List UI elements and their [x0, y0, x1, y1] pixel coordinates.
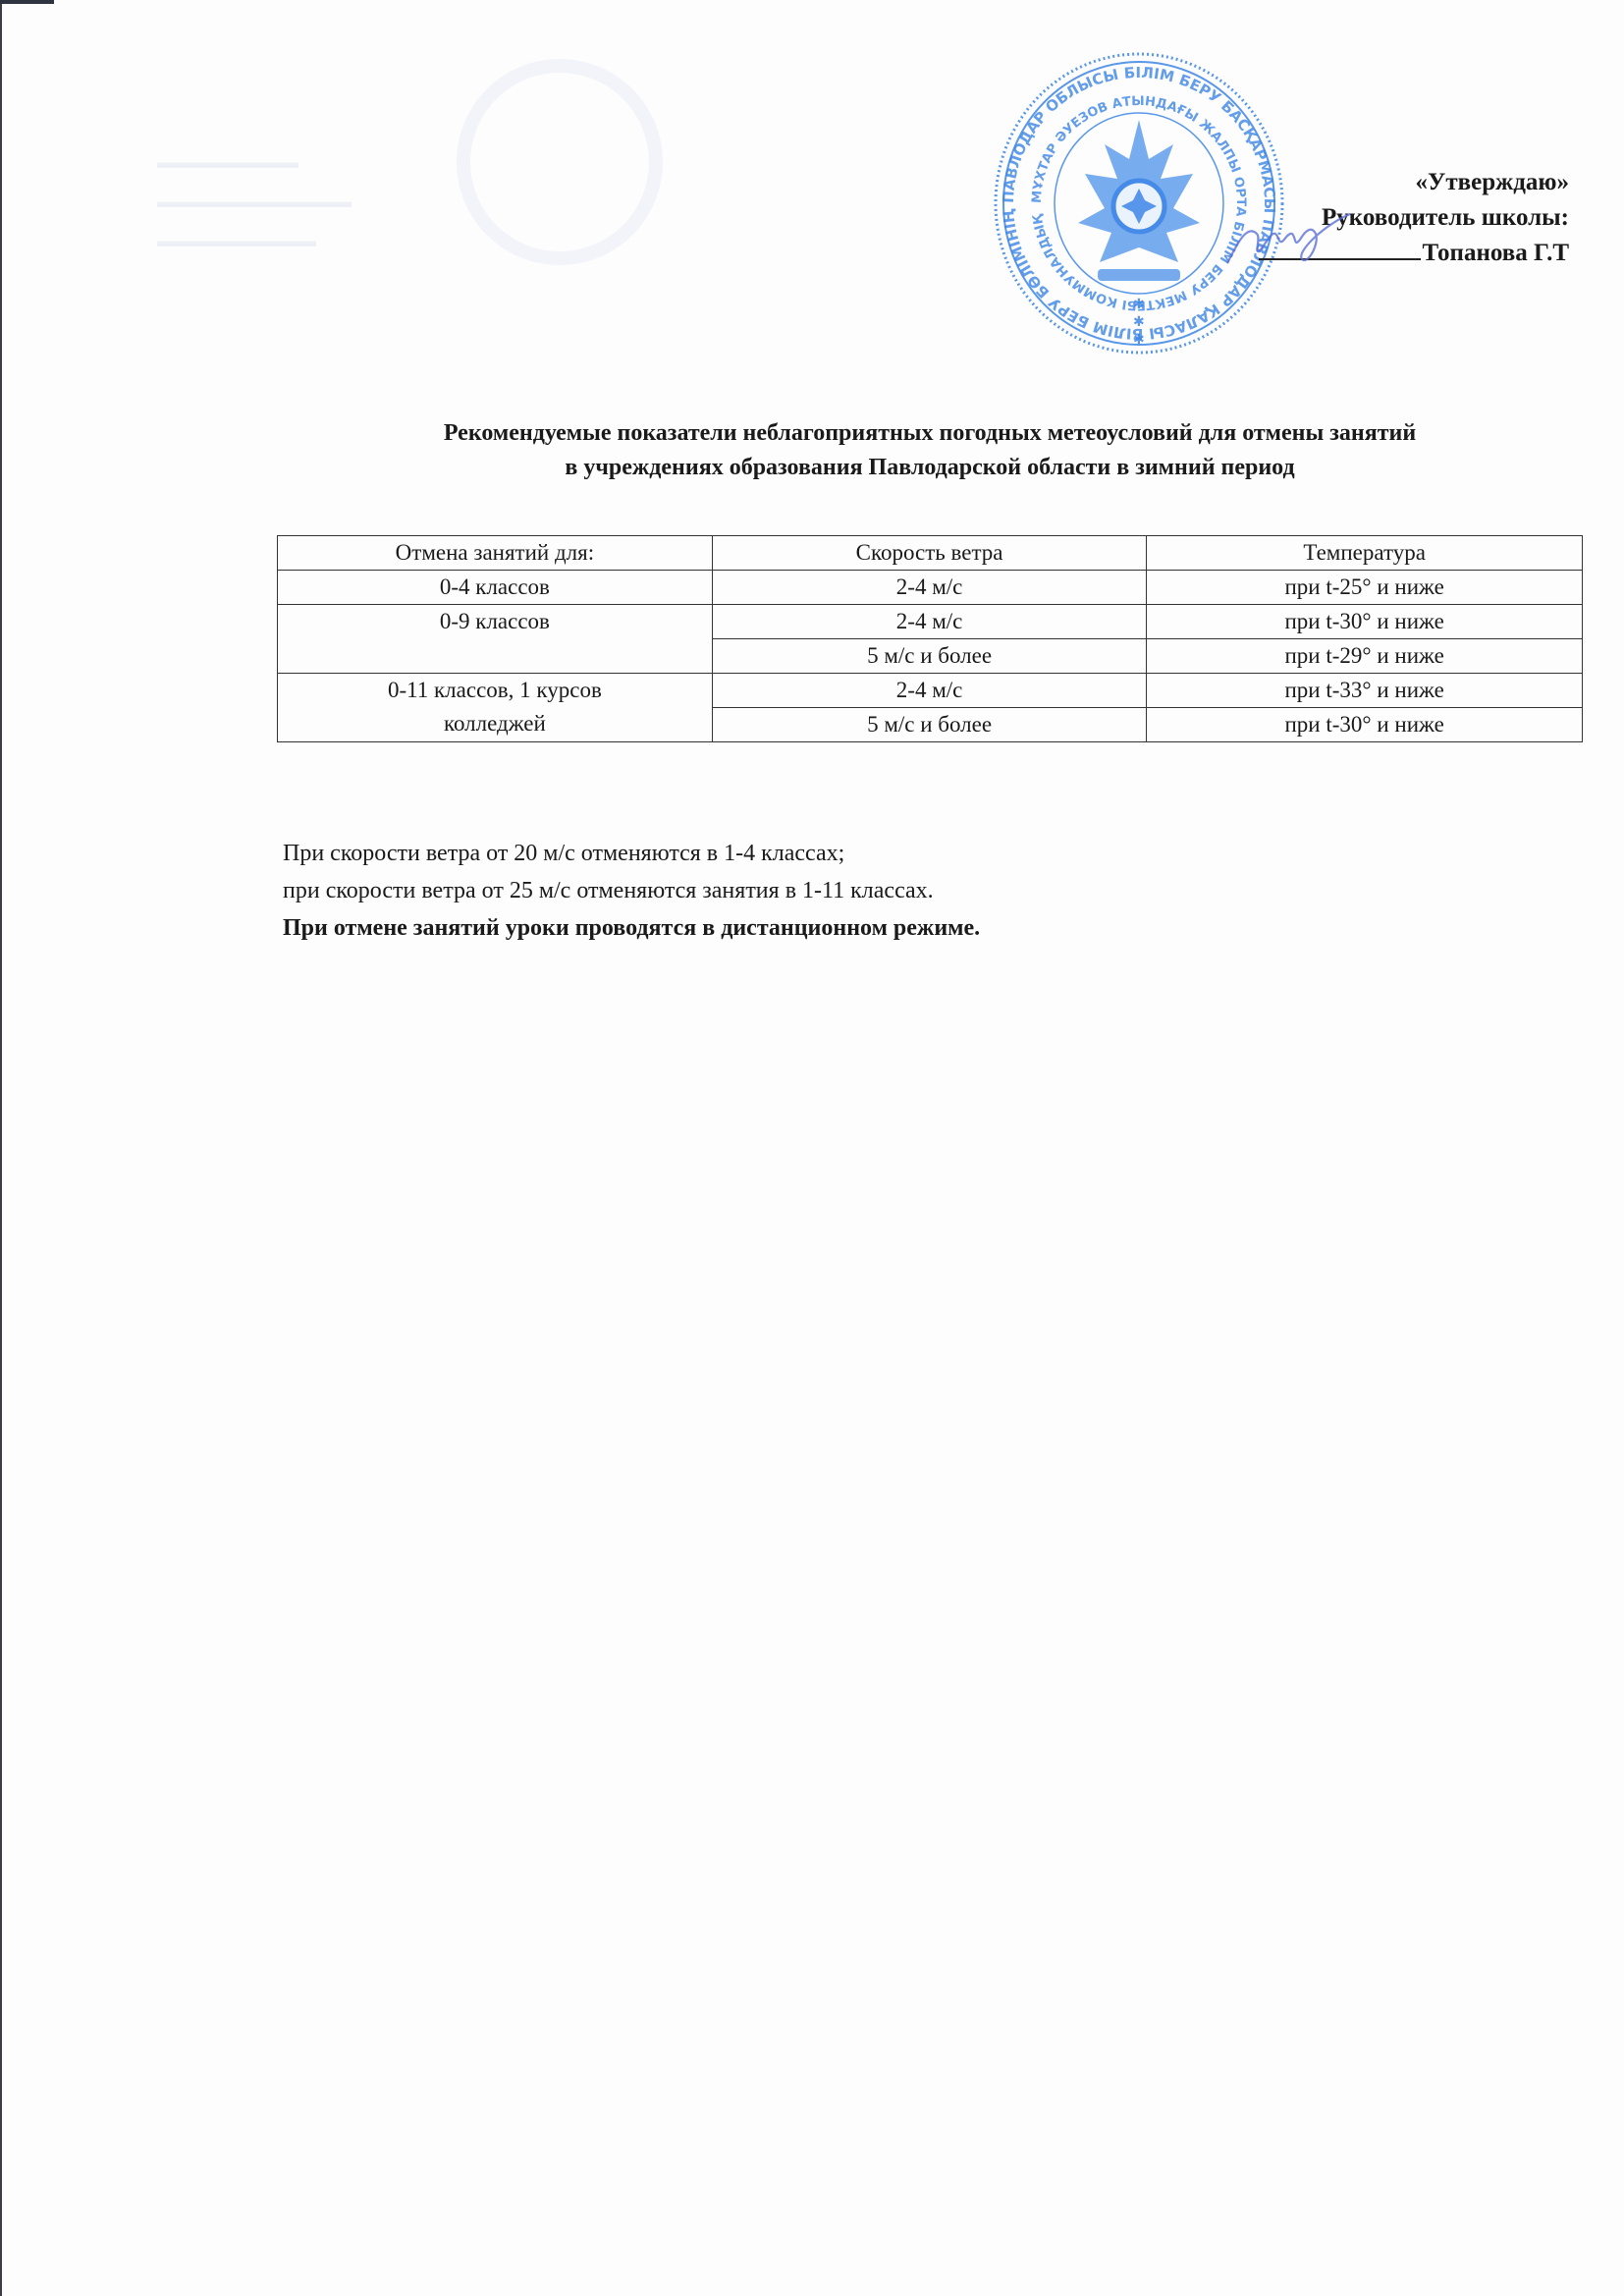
notes-section: При скорости ветра от 20 м/с отменяются … [283, 835, 980, 947]
column-header: Скорость ветра [712, 536, 1147, 571]
wind-cell: 2-4 м/с [712, 674, 1147, 708]
table-row: 0-11 классов, 1 курсов колледжей 2-4 м/с… [278, 674, 1583, 708]
wind-cell: 2-4 м/с [712, 571, 1147, 605]
scan-edge [0, 0, 2, 2296]
bleed-through-text: ▬▬▬▬▬▬▬▬▬▬▬▬▬▬▬▬▬▬▬▬▬▬▬▬▬▬▬▬ [157, 142, 352, 260]
approval-label: «Утверждаю» [1259, 165, 1570, 200]
svg-text:✱: ✱ [1133, 315, 1145, 330]
signatory-name: Топанова Г.Т [1423, 240, 1570, 266]
temperature-cell: при t-29° и ниже [1147, 639, 1583, 674]
temperature-cell: при t-25° и ниже [1147, 571, 1583, 605]
svg-text:✱: ✱ [1133, 298, 1145, 312]
grade-group-cell: 0-11 классов, 1 курсов колледжей [278, 674, 713, 742]
official-stamp-icon: ПАВЛОДАР ОБЛЫСЫ БІЛІМ БЕРУ БАСҚАРМАСЫ ПА… [992, 51, 1286, 355]
wind-cell: 2-4 м/с [712, 605, 1147, 639]
temperature-cell: при t-30° и ниже [1147, 708, 1583, 742]
table-row: 0-4 классов 2-4 м/с при t-25° и ниже [278, 571, 1583, 605]
title-line-1: Рекомендуемые показатели неблагоприятных… [277, 416, 1583, 451]
weather-cancellation-table: Отмена занятий для: Скорость ветра Темпе… [277, 535, 1583, 742]
wind-cell: 5 м/с и более [712, 639, 1147, 674]
document-title: Рекомендуемые показатели неблагоприятных… [277, 416, 1583, 485]
note-line: при скорости ветра от 25 м/с отменяются … [283, 872, 980, 909]
svg-text:✱: ✱ [1133, 333, 1145, 348]
title-line-2: в учреждениях образования Павлодарской о… [277, 451, 1583, 485]
grade-group-cell: 0-9 классов [278, 605, 713, 674]
note-line: При скорости ветра от 20 м/с отменяются … [283, 835, 980, 872]
wind-cell: 5 м/с и более [712, 708, 1147, 742]
bleed-through-seal [457, 59, 663, 265]
column-header: Температура [1147, 536, 1583, 571]
table-header-row: Отмена занятий для: Скорость ветра Темпе… [278, 536, 1583, 571]
table-row: 0-9 классов 2-4 м/с при t-30° и ниже [278, 605, 1583, 639]
temperature-cell: при t-33° и ниже [1147, 674, 1583, 708]
grade-group-cell: 0-4 классов [278, 571, 713, 605]
scan-corner-mark [0, 0, 54, 4]
column-header: Отмена занятий для: [278, 536, 713, 571]
temperature-cell: при t-30° и ниже [1147, 605, 1583, 639]
note-line-emphasis: При отмене занятий уроки проводятся в ди… [283, 909, 980, 947]
handwritten-signature-icon [1218, 204, 1355, 273]
